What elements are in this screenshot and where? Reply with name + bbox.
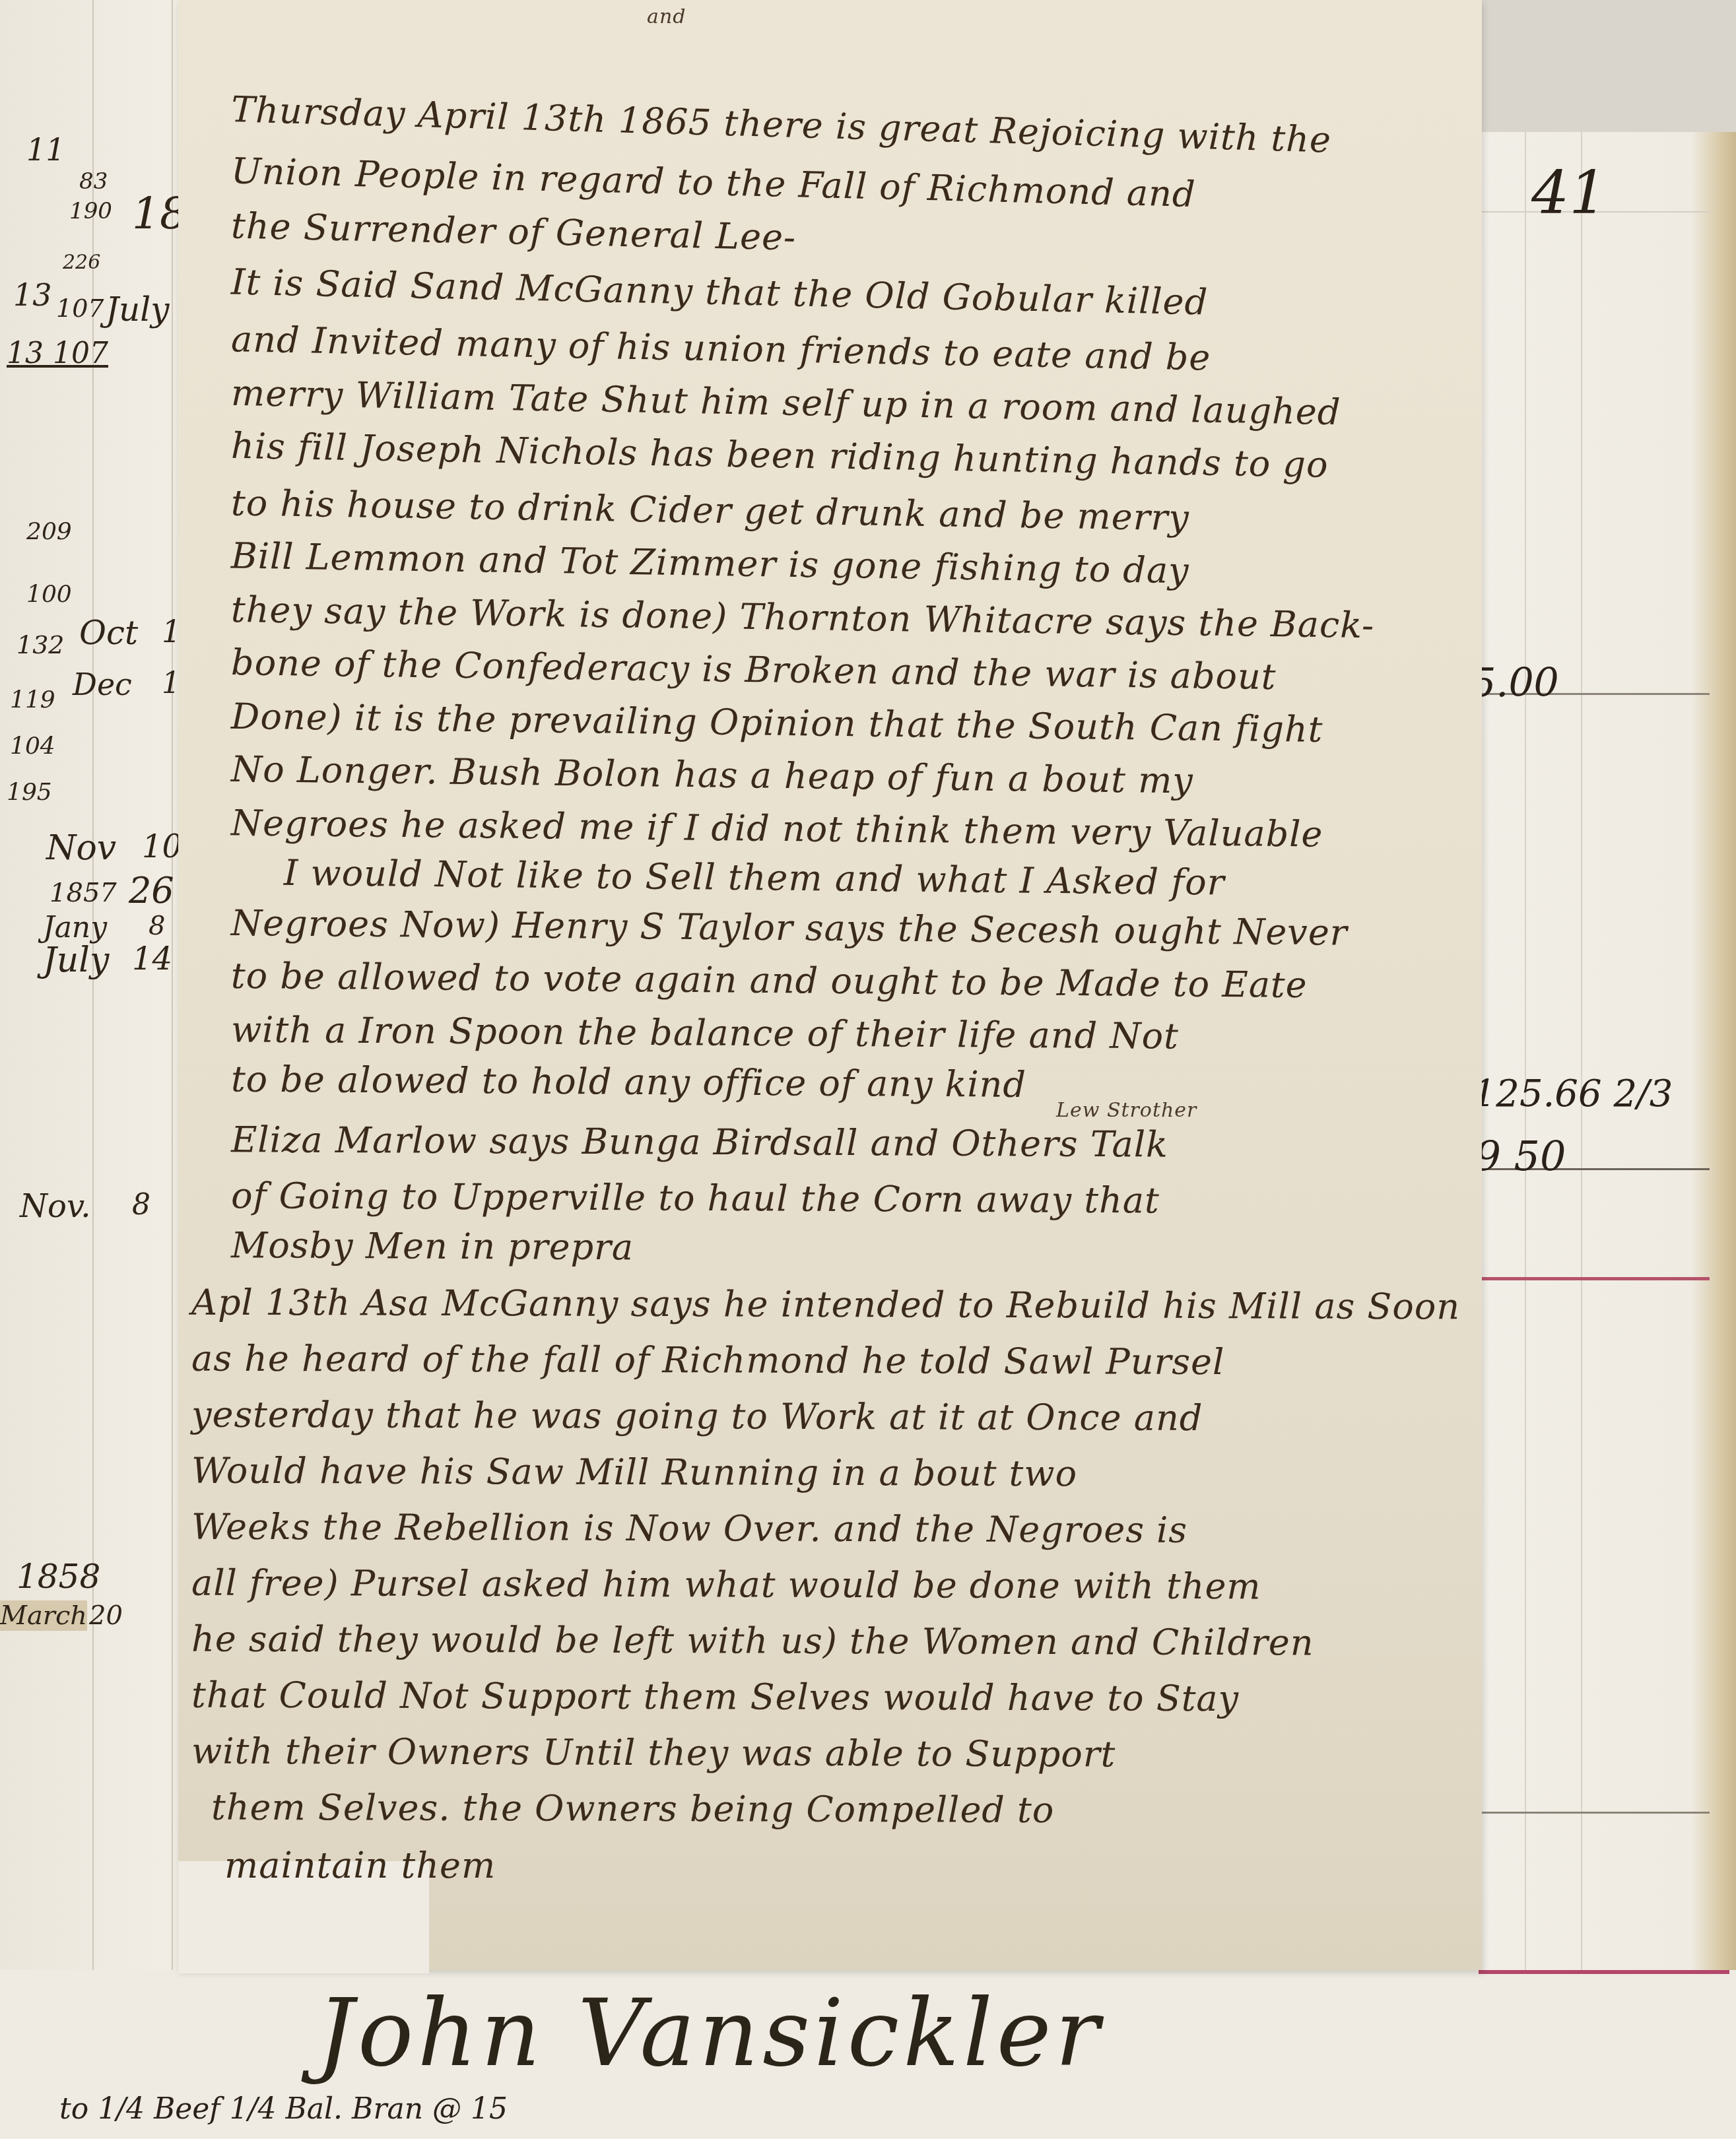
ledger-month: March (0, 1600, 87, 1631)
letter-line: yesterday that he was going to Work at i… (191, 1394, 1455, 1440)
letter-line: It is Said Sand McGanny that the Old Gob… (231, 261, 1456, 329)
ledger-day: 20 (89, 1600, 123, 1631)
ledger-month: Oct (79, 614, 138, 652)
ledger-day: 26 (129, 870, 174, 911)
ledger-month: Nov. (20, 1188, 91, 1225)
letter-line: Done) it is the prevailing Opinion that … (231, 696, 1456, 752)
letter-line: I would Not like to Sell them and what I… (284, 852, 1456, 906)
ledger-month: July (106, 290, 169, 329)
ledger-figure: 132 (17, 630, 65, 659)
ledger-figure: 11 (26, 132, 65, 168)
ledger-day: 8 (132, 1188, 150, 1222)
ledger-year: 1858 (17, 1558, 100, 1596)
ledger-figure: 209 (26, 518, 72, 545)
letter-line: his fill Joseph Nichols has been riding … (231, 425, 1456, 488)
letter-line: Mosby Men in prepra (231, 1224, 1455, 1272)
ledger-figure: 104 (10, 733, 55, 760)
letter-line: them Selves. the Owners being Compelled … (211, 1787, 1455, 1833)
ledger-figure: 226 (63, 251, 100, 274)
letter-line: Weeks the Rebellion is Now Over. and the… (191, 1506, 1455, 1552)
handwritten-letter: and Thursday April 13th 1865 there is gr… (178, 0, 1482, 1970)
letter-line: of Going to Upperville to haul the Corn … (231, 1175, 1455, 1223)
signature: John Vansickler (317, 1980, 1104, 2088)
ledger-figure: 100 (26, 581, 72, 608)
letter-line: maintain them (224, 1845, 1455, 1886)
ledger-page-number: 41 (1531, 158, 1607, 228)
letter-line: all free) Pursel asked him what would be… (191, 1562, 1455, 1608)
letter-line: he said they would be left with us) the … (191, 1618, 1455, 1664)
ledger-month: Dec (73, 667, 132, 702)
ledger-figure: 190 (69, 198, 112, 224)
ledger-figure: 83 (79, 168, 108, 195)
letter-line: with their Owners Until they was able to… (191, 1730, 1455, 1777)
letter-line: as he heard of the fall of Richmond he t… (191, 1338, 1455, 1384)
ledger-amount: $125.66 2/3 (1449, 1072, 1673, 1115)
letter-line: Would have his Saw Mill Running in a bou… (191, 1450, 1455, 1496)
letter-line: and Invited many of his union friends to… (231, 318, 1456, 383)
ledger-year: 1857 (50, 878, 117, 908)
ledger-figure: 119 (10, 686, 55, 713)
ledger-red-rule (1479, 1970, 1729, 1974)
ledger-figure: 13 (13, 277, 52, 313)
ledger-day: 8 (149, 911, 165, 941)
ledger-day: 10 (142, 828, 182, 865)
ledger-day: 14 (132, 940, 172, 977)
letter-line: No Longer. Bush Bolon has a heap of fun … (231, 748, 1456, 805)
top-note: and (647, 5, 1455, 28)
ledger-column-rule (172, 0, 173, 2139)
letter-line: Negroes he asked me if I did not think t… (231, 802, 1456, 856)
ledger-month: July (43, 940, 109, 980)
letter-line: Bill Lemmon and Tot Zimmer is gone fishi… (231, 535, 1456, 595)
letter-line: Negroes Now) Henry S Taylor says the Sec… (231, 902, 1455, 954)
letter-line: Thursday April 13th 1865 there is great … (230, 88, 1455, 164)
interlinear-insertion: Lew Strother (1056, 1099, 1455, 1122)
ledger-column-rule (1581, 132, 1582, 2139)
letter-line: they say the Work is done) Thornton Whit… (231, 589, 1456, 647)
letter-line: Eliza Marlow says Bunga Birdsall and Oth… (231, 1119, 1455, 1167)
ledger-footer-entry: to 1/4 Beef 1/4 Bal. Bran @ 15 (59, 2092, 508, 2126)
letter-line: that Could Not Support them Selves would… (191, 1674, 1455, 1721)
letter-line: to be allowed to vote again and ought to… (231, 955, 1455, 1007)
ledger-figure: 195 (7, 779, 52, 806)
letter-line: with a Iron Spoon the balance of their l… (231, 1009, 1455, 1059)
letter-line: Apl 13th Asa McGanny says he intended to… (191, 1282, 1455, 1328)
letter-line: bone of the Confederacy is Broken and th… (231, 642, 1456, 700)
letter-line: merry William Tate Shut him self up in a… (231, 372, 1456, 435)
letter-line: to his house to drink Cider get drunk an… (231, 482, 1456, 543)
ledger-total: 13 107 (7, 337, 108, 370)
ledger-figure: 107 (56, 294, 104, 323)
ledger-month: Nov (46, 828, 116, 868)
ledger-month: Jany (43, 911, 107, 944)
